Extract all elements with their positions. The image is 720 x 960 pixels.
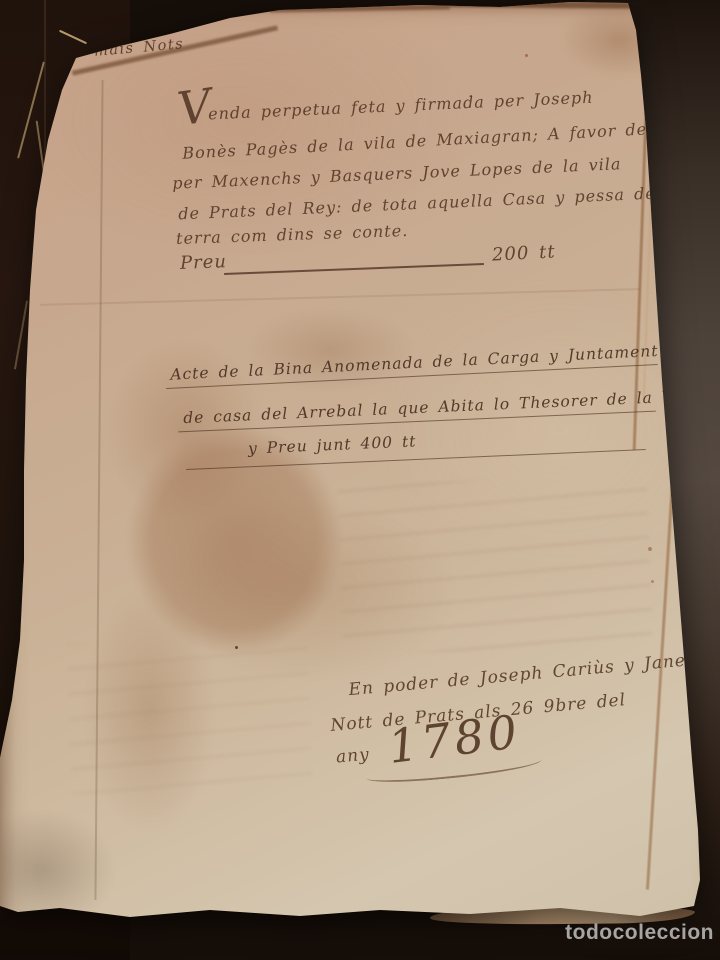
straw-fiber bbox=[75, 20, 92, 42]
paper-surface: mais Nots V enda perpetua feta y firmada… bbox=[0, 0, 720, 960]
fox-spot bbox=[651, 580, 654, 583]
price-value: 200 tt bbox=[491, 241, 556, 265]
manuscript-sheet: mais Nots V enda perpetua feta y firmada… bbox=[0, 0, 720, 960]
photo-scene: mais Nots V enda perpetua feta y firmada… bbox=[0, 0, 720, 960]
price-label: Preu bbox=[180, 251, 228, 274]
fox-spot bbox=[525, 54, 528, 57]
show-through-text bbox=[67, 636, 312, 794]
show-through-text bbox=[337, 475, 653, 656]
straw-fiber bbox=[62, 32, 92, 51]
closing-line: any bbox=[335, 745, 370, 768]
site-watermark: todocoleccion bbox=[565, 921, 714, 945]
